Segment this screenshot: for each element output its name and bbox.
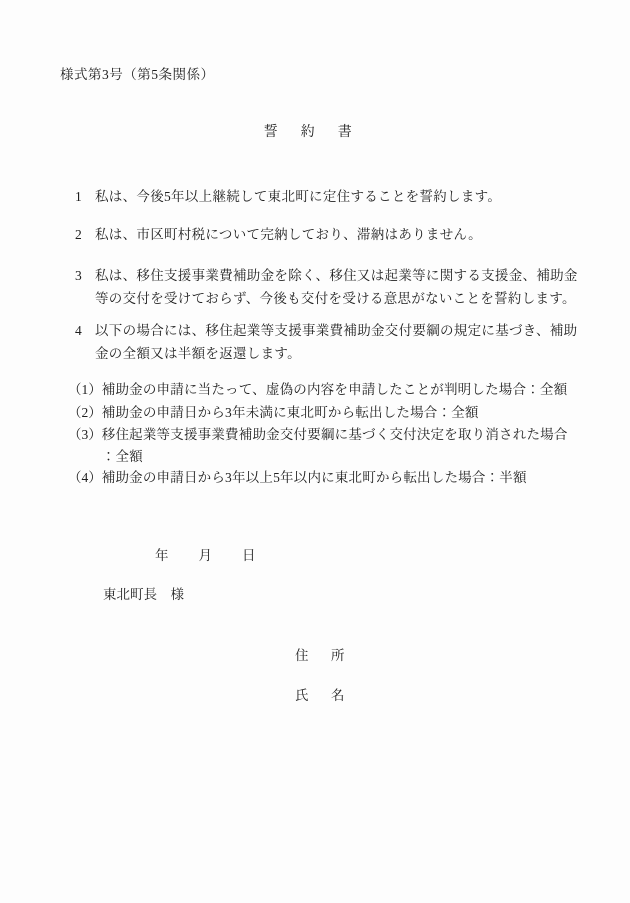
condition-2-number: （2） [68,402,102,424]
clause-4-text: 以下の場合には、移住起業等支援事業費補助金交付要綱の規定に基づき、補助 金の全額… [95,319,577,365]
form-number-label: 様式第3号（第5条関係） [60,63,215,83]
clause-3: 3 私は、移住支援事業費補助金を除く、移住又は起業等に関する支援金、補助金 等の… [75,264,610,310]
clause-1: 1 私は、今後5年以上継続して東北町に定住することを誓約します。 [75,185,610,208]
addressee-line: 東北町長 様 [103,583,184,603]
clause-2: 2 私は、市区町村税について完納しており、滞納はありません。 [75,223,610,246]
clause-3-number: 3 [75,264,95,310]
date-fill-in-line: 年 月 日 [155,544,257,564]
condition-4: （4） 補助金の申請日から3年以上5年以内に東北町から転出した場合：半額 [68,467,614,489]
condition-1-text: 補助金の申請に当たって、虚偽の内容を申請したことが判明した場合：全額 [102,379,568,401]
clause-1-text: 私は、今後5年以上継続して東北町に定住することを誓約します。 [95,185,501,208]
condition-1: （1） 補助金の申請に当たって、虚偽の内容を申請したことが判明した場合：全額 [68,379,614,401]
clause-4-number: 4 [75,319,95,365]
condition-1-number: （1） [68,379,102,401]
clause-1-number: 1 [75,185,95,208]
condition-3: （3） 移住起業等支援事業費補助金交付要綱に基づく交付決定を取り消された場合 ：… [68,424,614,468]
clause-2-number: 2 [75,223,95,246]
document-title: 誓 約 書 [0,121,620,141]
condition-2-text: 補助金の申請日から3年未満に東北町から転出した場合：全額 [102,402,479,424]
condition-4-text: 補助金の申請日から3年以上5年以内に東北町から転出した場合：半額 [102,467,527,489]
clause-2-text: 私は、市区町村税について完納しており、滞納はありません。 [95,223,482,246]
condition-2: （2） 補助金の申請日から3年未満に東北町から転出した場合：全額 [68,402,614,424]
clause-3-text: 私は、移住支援事業費補助金を除く、移住又は起業等に関する支援金、補助金 等の交付… [95,264,578,310]
condition-4-number: （4） [68,467,102,489]
condition-3-number: （3） [68,424,102,468]
address-field-label: 住 所 [295,644,349,664]
name-field-label: 氏 名 [295,684,349,704]
condition-3-text: 移住起業等支援事業費補助金交付要綱に基づく交付決定を取り消された場合 ：全額 [102,424,568,468]
clause-4: 4 以下の場合には、移住起業等支援事業費補助金交付要綱の規定に基づき、補助 金の… [75,319,610,365]
pledge-document-page: 様式第3号（第5条関係） 誓 約 書 1 私は、今後5年以上継続して東北町に定住… [0,0,630,903]
